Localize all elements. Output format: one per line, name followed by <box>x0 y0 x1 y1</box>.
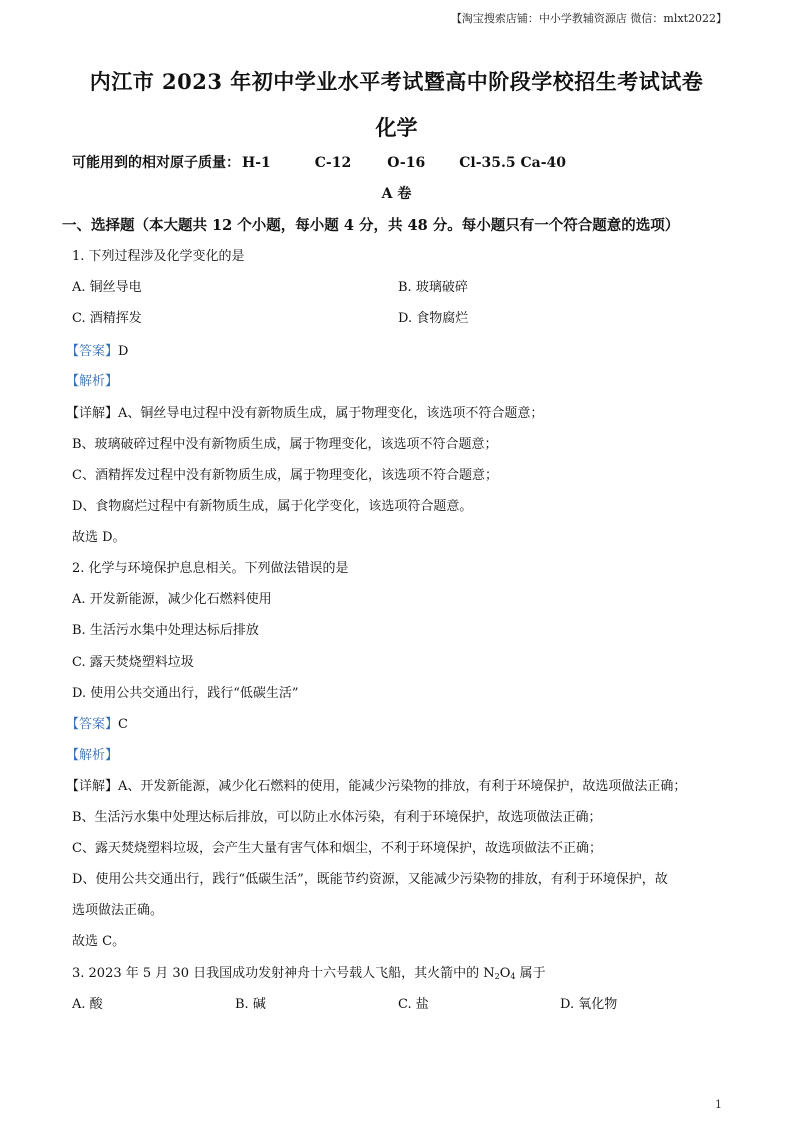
detail-line: D、食物腐烂过程中有新物质生成，属于化学变化，该选项符合题意。 <box>72 495 472 514</box>
answer-value: C <box>118 717 128 732</box>
option-d: D. 食物腐烂 <box>398 307 468 326</box>
header-watermark: 【淘宝搜索店铺：中小学教辅资源店 微信：mlxt2022】 <box>451 10 727 26</box>
detail-line: 选项做法正确。 <box>72 899 163 918</box>
atomic-masses: 可能用到的相对原子质量：H-1C-12O-16Cl-35.5 Ca-40 <box>72 152 566 172</box>
detail-line: B、玻璃破碎过程中没有新物质生成，属于物理变化，该选项不符合题意； <box>72 433 498 452</box>
option-c: C. 酒精挥发 <box>72 307 142 326</box>
detail-line: C、酒精挥发过程中没有新物质生成，属于物理变化，该选项不符合题意； <box>72 464 498 483</box>
atomic-mass-item: O-16 <box>387 155 425 171</box>
detail-line: C、露天焚烧塑料垃圾，会产生大量有害气体和烟尘，不利于环境保护，故选项做法不正确… <box>72 837 602 856</box>
analysis-label: 【解析】 <box>66 744 118 763</box>
atomic-mass-item: H-1 <box>242 155 271 171</box>
subject-title: 化学 <box>0 112 793 142</box>
question-stem: 1. 下列过程涉及化学变化的是 <box>72 245 245 264</box>
question-stem: 2. 化学与环境保护息息相关。下列做法错误的是 <box>72 557 349 576</box>
option-a: A. 酸 <box>72 993 103 1012</box>
section-heading: 一、选择题（本大题共 12 个小题，每小题 4 分，共 48 分。每小题只有一个… <box>62 214 679 235</box>
answer-label: 【答案】 <box>66 717 118 732</box>
stem-text: 3. 2023 年 5 月 30 日我国成功发射神舟十六号载人飞船，其火箭中的 … <box>72 966 495 981</box>
analysis-label: 【解析】 <box>66 370 118 389</box>
volume-heading: A 卷 <box>0 183 793 203</box>
option-b: B. 碱 <box>235 993 266 1012</box>
page-title: 内江市 2023 年初中学业水平考试暨高中阶段学校招生考试试卷 <box>0 66 793 96</box>
stem-text: O <box>500 966 511 981</box>
detail-line: D、使用公共交通出行，践行“低碳生活”，既能节约资源，又能减少污染物的排放，有利… <box>72 868 668 887</box>
option-a: A. 开发新能源，减少化石燃料使用 <box>72 588 272 607</box>
stem-text: 属于 <box>515 966 545 981</box>
detail-label: 【详解】 <box>66 406 118 421</box>
detail-line: 【详解】A、开发新能源，减少化石燃料的使用，能减少污染物的排放，有利于环境保护，… <box>66 775 686 794</box>
page-number: 1 <box>715 1098 722 1111</box>
conclusion: 故选 D。 <box>72 526 126 545</box>
option-d: D. 使用公共交通出行，践行“低碳生活” <box>72 682 299 701</box>
conclusion: 故选 C。 <box>72 930 125 949</box>
detail-label: 【详解】 <box>66 779 118 794</box>
answer-value: D <box>118 344 128 359</box>
option-d: D. 氧化物 <box>560 993 617 1012</box>
detail-text: A、铜丝导电过程中没有新物质生成，属于物理变化，该选项不符合题意； <box>118 406 543 421</box>
atomic-mass-item: C-12 <box>315 155 351 171</box>
answer-line: 【答案】C <box>66 713 128 732</box>
question-stem: 3. 2023 年 5 月 30 日我国成功发射神舟十六号载人飞船，其火箭中的 … <box>72 962 546 981</box>
option-b: B. 玻璃破碎 <box>398 276 468 295</box>
option-a: A. 铜丝导电 <box>72 276 142 295</box>
option-b: B. 生活污水集中处理达标后排放 <box>72 619 259 638</box>
option-c: C. 露天焚烧塑料垃圾 <box>72 651 194 670</box>
atomic-mass-item: Cl-35.5 Ca-40 <box>459 155 566 171</box>
answer-label: 【答案】 <box>66 344 118 359</box>
atomic-masses-label: 可能用到的相对原子质量： <box>72 152 240 172</box>
answer-line: 【答案】D <box>66 340 128 359</box>
detail-line: 【详解】A、铜丝导电过程中没有新物质生成，属于物理变化，该选项不符合题意； <box>66 402 543 421</box>
detail-line: B、生活污水集中处理达标后排放，可以防止水体污染，有利于环境保护，故选项做法正确… <box>72 806 602 825</box>
detail-text: A、开发新能源，减少化石燃料的使用，能减少污染物的排放，有利于环境保护，故选项做… <box>118 779 686 794</box>
option-c: C. 盐 <box>398 993 429 1012</box>
